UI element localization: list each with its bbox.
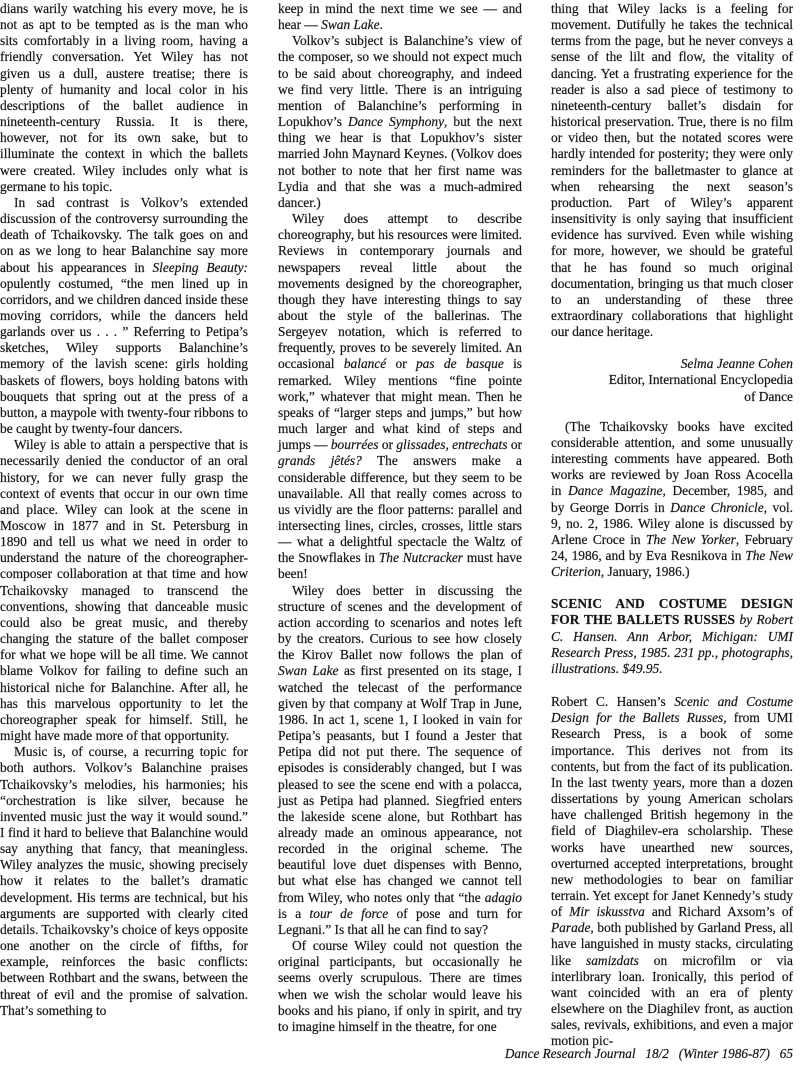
column-1: dians warily watching his every move, he… — [0, 1, 248, 1019]
text-run: The Nutcracker — [379, 550, 463, 565]
text-run: Dance Research Journal 18/2 (Winter 1986… — [505, 1046, 793, 1061]
text-run: Mir iskusstva — [569, 904, 645, 919]
paragraph: dians warily watching his every move, he… — [0, 1, 248, 195]
text-run: Wiley is able to attain a perspective th… — [0, 437, 248, 743]
text-run: . — [380, 17, 383, 32]
text-run: Editor, International Encyclopedia — [609, 372, 793, 387]
text-run: as first presented on its stage, I watch… — [278, 663, 522, 904]
paragraph: thing that Wiley lacks is a feeling for … — [551, 1, 793, 340]
text-run: bourrées — [331, 437, 379, 452]
text-run: Wiley does attempt to describe choreogra… — [278, 211, 522, 371]
text-run: adagio — [485, 890, 522, 905]
text-run: Dance Magazine — [568, 483, 662, 498]
text-run: or — [386, 356, 416, 371]
text-run: Selma Jeanne Cohen — [681, 356, 793, 371]
text-run: Parade, — [551, 920, 594, 935]
book-review-heading: SCENIC AND COSTUME DESIGN FOR THE BALLET… — [551, 596, 793, 677]
journal-page: dians warily watching his every move, he… — [0, 0, 800, 1071]
text-run: Robert C. Hansen’s — [551, 694, 674, 709]
column-3: thing that Wiley lacks is a feeling for … — [551, 1, 793, 1050]
text-run: The answers make a considerable differen… — [278, 453, 522, 565]
text-run: The New Yorker — [646, 532, 736, 547]
text-run: pas de basque — [416, 356, 504, 371]
text-run: , January, 1986.) — [601, 564, 690, 579]
paragraph: Wiley is able to attain a perspective th… — [0, 437, 248, 744]
text-run: samizdats — [586, 953, 639, 968]
text-run: grands jêtés? — [278, 453, 362, 468]
paragraph: Wiley does better in discussing the stru… — [278, 583, 522, 938]
text-run: Dance Symphony — [348, 114, 444, 129]
signature-role-2: of Dance — [551, 389, 793, 405]
text-run: or — [378, 437, 396, 452]
text-run: Sleeping Beauty: — [152, 260, 248, 275]
text-run: of Dance — [744, 389, 793, 404]
text-run: keep in mind the next time we see — and … — [278, 1, 522, 32]
paragraph: (The Tchaikovsky books have excited cons… — [551, 419, 793, 581]
text-run: Music is, of course, a recurring topic f… — [0, 744, 248, 1018]
text-run: Of course Wiley could not question the o… — [278, 938, 522, 1034]
journal-citation: Dance Research Journal 18/2 (Winter 1986… — [505, 1046, 793, 1061]
text-run: dians warily watching his every move, he… — [0, 1, 248, 194]
text-run: balancé — [344, 356, 386, 371]
paragraph: Music is, of course, a recurring topic f… — [0, 744, 248, 1019]
text-run: and Richard Axsom’s of — [645, 904, 793, 919]
text-run: opulently costumed, “the men lined up in… — [0, 276, 248, 436]
text-run: Swan Lake — [321, 17, 379, 32]
text-run: is a — [278, 906, 310, 921]
signature-role: Editor, International Encyclopedia — [551, 372, 793, 388]
text-columns: dians warily watching his every move, he… — [0, 0, 800, 1050]
text-run: from UMI Research Press, is a book of so… — [551, 710, 793, 919]
paragraph: Volkov’s subject is Balanchine’s view of… — [278, 33, 522, 211]
page-footer: Dance Research Journal 18/2 (Winter 1986… — [505, 1046, 793, 1062]
column-2: keep in mind the next time we see — and … — [278, 1, 522, 1035]
text-run: glissades, entrechats — [396, 437, 507, 452]
paragraph: Of course Wiley could not question the o… — [278, 938, 522, 1035]
paragraph: keep in mind the next time we see — and … — [278, 1, 522, 33]
text-run: tour de force — [310, 906, 389, 921]
text-run: thing that Wiley lacks is a feeling for … — [551, 1, 793, 339]
text-run: Wiley does better in discussing the stru… — [278, 583, 522, 663]
text-run: Swan Lake — [278, 663, 339, 678]
text-run: or — [507, 437, 522, 452]
text-run: Dance Chronicle — [670, 500, 764, 515]
paragraph: Wiley does attempt to describe choreogra… — [278, 211, 522, 583]
paragraph: Robert C. Hansen’s Scenic and Costume De… — [551, 694, 793, 1049]
paragraph: In sad contrast is Volkov’s extended dis… — [0, 195, 248, 437]
signature-name: Selma Jeanne Cohen — [551, 356, 793, 372]
